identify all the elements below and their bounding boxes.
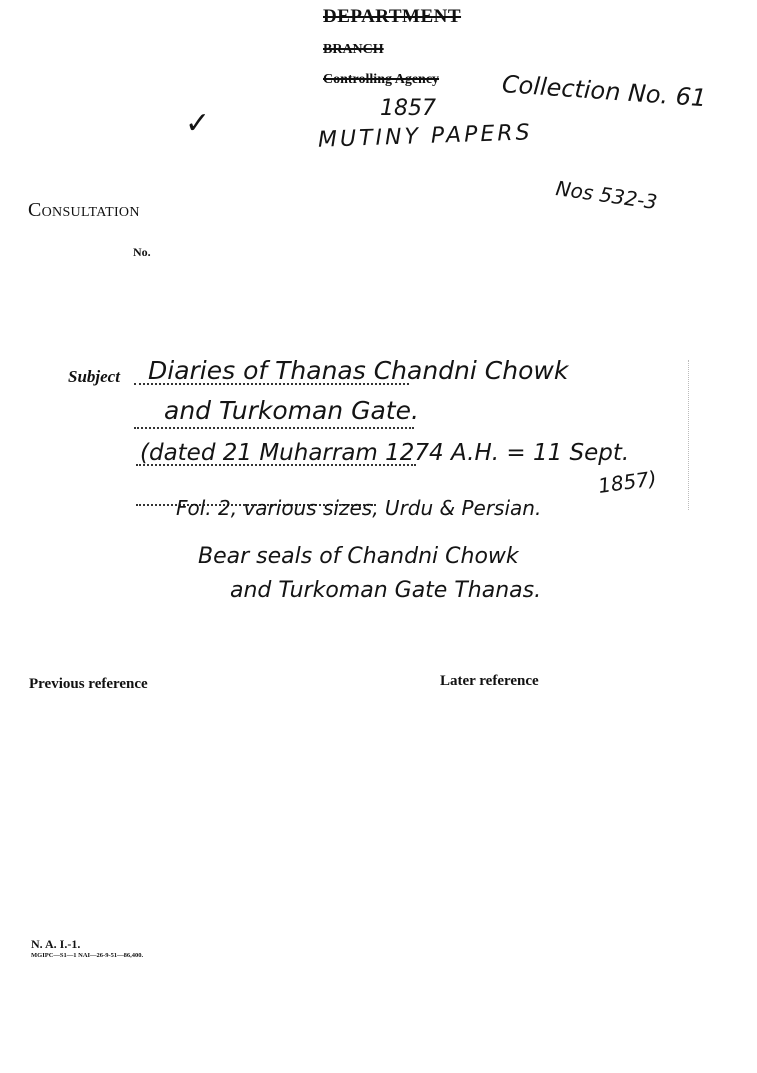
consultation-title: Consultation <box>28 199 140 222</box>
subject-line: 1857) <box>597 466 658 498</box>
year-annotation: 1857 <box>380 96 436 121</box>
numbers-annotation: Nos 532-3 <box>554 176 658 214</box>
tick-mark-icon: ✓ <box>185 106 210 141</box>
subject-line: (dated 21 Muharram 1274 A.H. = 11 Sept. <box>140 440 629 466</box>
subject-line: and Turkoman Gate. <box>164 396 419 425</box>
department-label: DEPARTMENT <box>323 6 461 28</box>
subject-line: Bear seals of Chandni Chowk <box>198 544 519 569</box>
margin-dots <box>688 360 689 510</box>
previous-reference-label: Previous reference <box>29 676 148 693</box>
collection-annotation: Collection No. 61 <box>501 70 707 112</box>
series-annotation: MUTINY PAPERS <box>318 120 533 152</box>
subject-line: and Turkoman Gate Thanas. <box>230 578 541 603</box>
form-id: N. A. I.-1. <box>31 937 80 952</box>
later-reference-label: Later reference <box>440 673 539 690</box>
printer-line: MGIPC—S1—1 NAI—26-9-51—86,400. <box>31 952 143 959</box>
subject-line: Diaries of Thanas Chandni Chowk <box>148 356 568 385</box>
dotted-rule <box>134 427 414 429</box>
consultation-number-label: No. <box>133 245 151 260</box>
branch-label: BRANCH <box>323 42 384 58</box>
subject-label: Subject <box>68 367 120 387</box>
subject-line: Fol. 2, various sizes, Urdu & Persian. <box>176 496 541 520</box>
controlling-agency-label: Controlling Agency <box>323 72 439 88</box>
